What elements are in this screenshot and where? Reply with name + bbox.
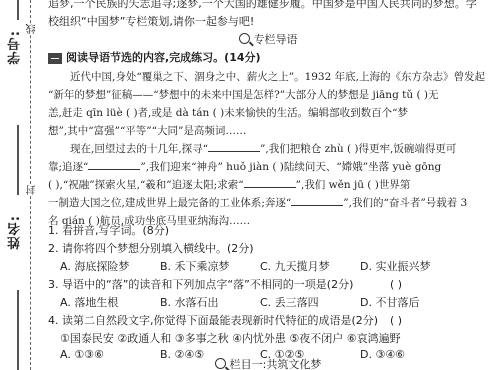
- option-d[interactable]: D. 实业振兴梦: [360, 258, 430, 276]
- passage-p2-line3: ( ),“祝融”探索火星,“羲和”追逐太阳;求索“”,我们 wěn jū ( )…: [48, 176, 410, 194]
- text: ”,我们 wěn jū ( )世界第: [296, 179, 411, 191]
- column-guide-title: 专栏导语: [254, 33, 298, 46]
- option-a[interactable]: A. 落地生根: [60, 294, 118, 312]
- margin-rule: [17, 0, 19, 20]
- magnifier-icon: [215, 358, 226, 369]
- passage-p2-line4: 一制造大国之位,建成世界上最完备的工业体系;奔逐“”,我们的“奋斗者”号载着 3: [48, 194, 467, 212]
- seal-line-mark: 线: [25, 24, 37, 34]
- intro-line-2: 校组织“中国梦”专栏策划,请你一起参与吧!: [48, 13, 254, 31]
- option-d[interactable]: D. 不甘落后: [360, 294, 419, 312]
- text: ”,我们迎来“神舟” huǒ jiàn ( )陆续问天、“嫦娥”坐落 yuè g…: [140, 161, 441, 173]
- question-4-text: 4. 读第二自然段文字,你觉得下面最能表现新时代特征的成语是(2分): [48, 314, 378, 327]
- passage-p2-line1: 现在,回望过去的十几年,探寻“”,我们把粮仓 zhù ( )得更牢,饭碗端得更可: [70, 140, 456, 158]
- section-number-badge: [48, 53, 62, 64]
- text: 一制造大国之位,建成世界上最完备的工业体系;奔逐“: [48, 197, 291, 209]
- section-title: 阅读导语节选的内容,完成练习。(14分): [66, 49, 261, 67]
- question-2: 2. 请你将四个梦想分别填入横线中。(2分): [48, 240, 254, 258]
- question-3-text: 3. 导语中的“落”的读音和下列加点字“落”不相同的一项是(2分): [48, 278, 353, 291]
- option-b[interactable]: B. 水落石出: [160, 294, 219, 312]
- column-one-heading: 栏目一:共筑文化梦: [48, 356, 488, 370]
- column-guide-heading: 专栏导语: [48, 31, 488, 49]
- text: ( ),“祝融”探索火星,“羲和”追逐太阳;求索“: [48, 179, 244, 191]
- option-c[interactable]: C. 丢三落四: [260, 294, 319, 312]
- section-heading: 阅读导语节选的内容,完成练习。(14分): [48, 49, 261, 67]
- option-c[interactable]: C. 九天揽月梦: [260, 258, 330, 276]
- binding-margin: 学号: 姓名: 线 封: [0, 0, 40, 370]
- name-label: 姓名:: [6, 215, 22, 249]
- passage-p1-line2: “新年的梦想”征稿——“梦想中的未来中国是怎样?”大部分人的梦想是 jiāng …: [48, 86, 438, 104]
- question-4: 4. 读第二自然段文字,你觉得下面最能表现新时代特征的成语是(2分) ( ): [48, 312, 378, 330]
- option-a[interactable]: A. 海底探险梦: [60, 258, 129, 276]
- q4-idioms: ①国泰民安 ②政通人和 ③多事之秋 ④内忧外患 ⑤夜不闭户 ⑥哀鸿遍野: [60, 330, 401, 348]
- seal-mark: 封: [25, 185, 37, 195]
- passage-p1-line1: 近代中国,身处“覆巢之下、涸身之中、薪火之上”。1932 年底,上海的《东方杂志…: [70, 68, 485, 86]
- passage-p2-line2: 靠;追逐“”,我们迎来“神舟” huǒ jiàn ( )陆续问天、“嫦娥”坐落 …: [48, 158, 441, 176]
- question-1: 1. 看拼音,写字词。(8分): [48, 222, 169, 240]
- magnifier-icon: [239, 33, 250, 44]
- text: ”,我们的“奋斗者”号载着 3: [343, 197, 467, 209]
- passage-p1-line3: 恙,赶走 qīn lüè ( )者,或是 dà tán ( )未来愉快的生活。编…: [48, 104, 408, 122]
- fill-blank[interactable]: [291, 195, 343, 206]
- fill-blank[interactable]: [244, 177, 296, 188]
- column-one-title: 栏目一:共筑文化梦: [230, 358, 322, 370]
- answer-bracket[interactable]: ( ): [390, 312, 402, 330]
- student-id-field[interactable]: [17, 125, 19, 195]
- fill-blank[interactable]: [208, 141, 260, 152]
- text: 现在,回望过去的十几年,探寻“: [70, 143, 208, 155]
- name-field[interactable]: [17, 290, 19, 370]
- text: ”,我们把粮仓 zhù ( )得更牢,饭碗端得更可: [260, 143, 456, 155]
- intro-line-1: 追梦,一个民族的矢志追寻;逐梦,一个大国的雄健步履。中国梦是中国人民共同的梦想。…: [48, 0, 477, 13]
- text: 靠;追逐“: [48, 161, 88, 173]
- passage-p1-line4: 想”,其中“富强”“平等”“大同”是高频词……: [48, 122, 246, 140]
- question-3: 3. 导语中的“落”的读音和下列加点字“落”不相同的一项是(2分) ( ): [48, 276, 353, 294]
- fill-blank[interactable]: [88, 159, 140, 170]
- student-id-label: 学号:: [6, 30, 22, 64]
- option-b[interactable]: B. 禾下乘凉梦: [160, 258, 230, 276]
- answer-bracket[interactable]: ( ): [390, 276, 402, 294]
